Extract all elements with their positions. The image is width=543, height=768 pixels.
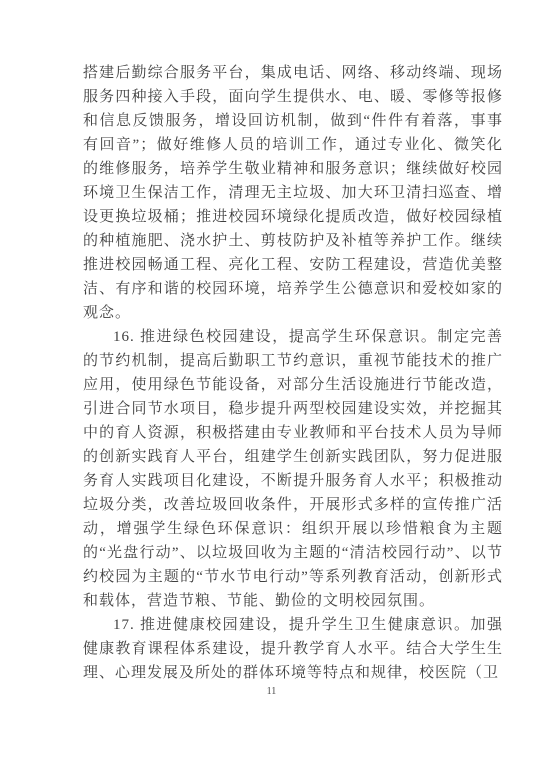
- paragraph-item-16: 16. 推进绿色校园建设，提高学生环保意识。制定完善的节约机制，提高后勤职工节约…: [83, 325, 503, 613]
- paragraph-item-17: 17. 推进健康校园建设，提升学生卫生健康意识。加强健康教育课程体系建设，提升教…: [83, 613, 503, 685]
- page-number: 11: [0, 686, 543, 697]
- paragraph-continuation: 搭建后勤综合服务平台，集成电话、网络、移动终端、现场服务四种接入手段，面向学生提…: [83, 61, 503, 325]
- document-page: 搭建后勤综合服务平台，集成电话、网络、移动终端、现场服务四种接入手段，面向学生提…: [0, 0, 543, 768]
- page-body-text: 搭建后勤综合服务平台，集成电话、网络、移动终端、现场服务四种接入手段，面向学生提…: [83, 61, 503, 685]
